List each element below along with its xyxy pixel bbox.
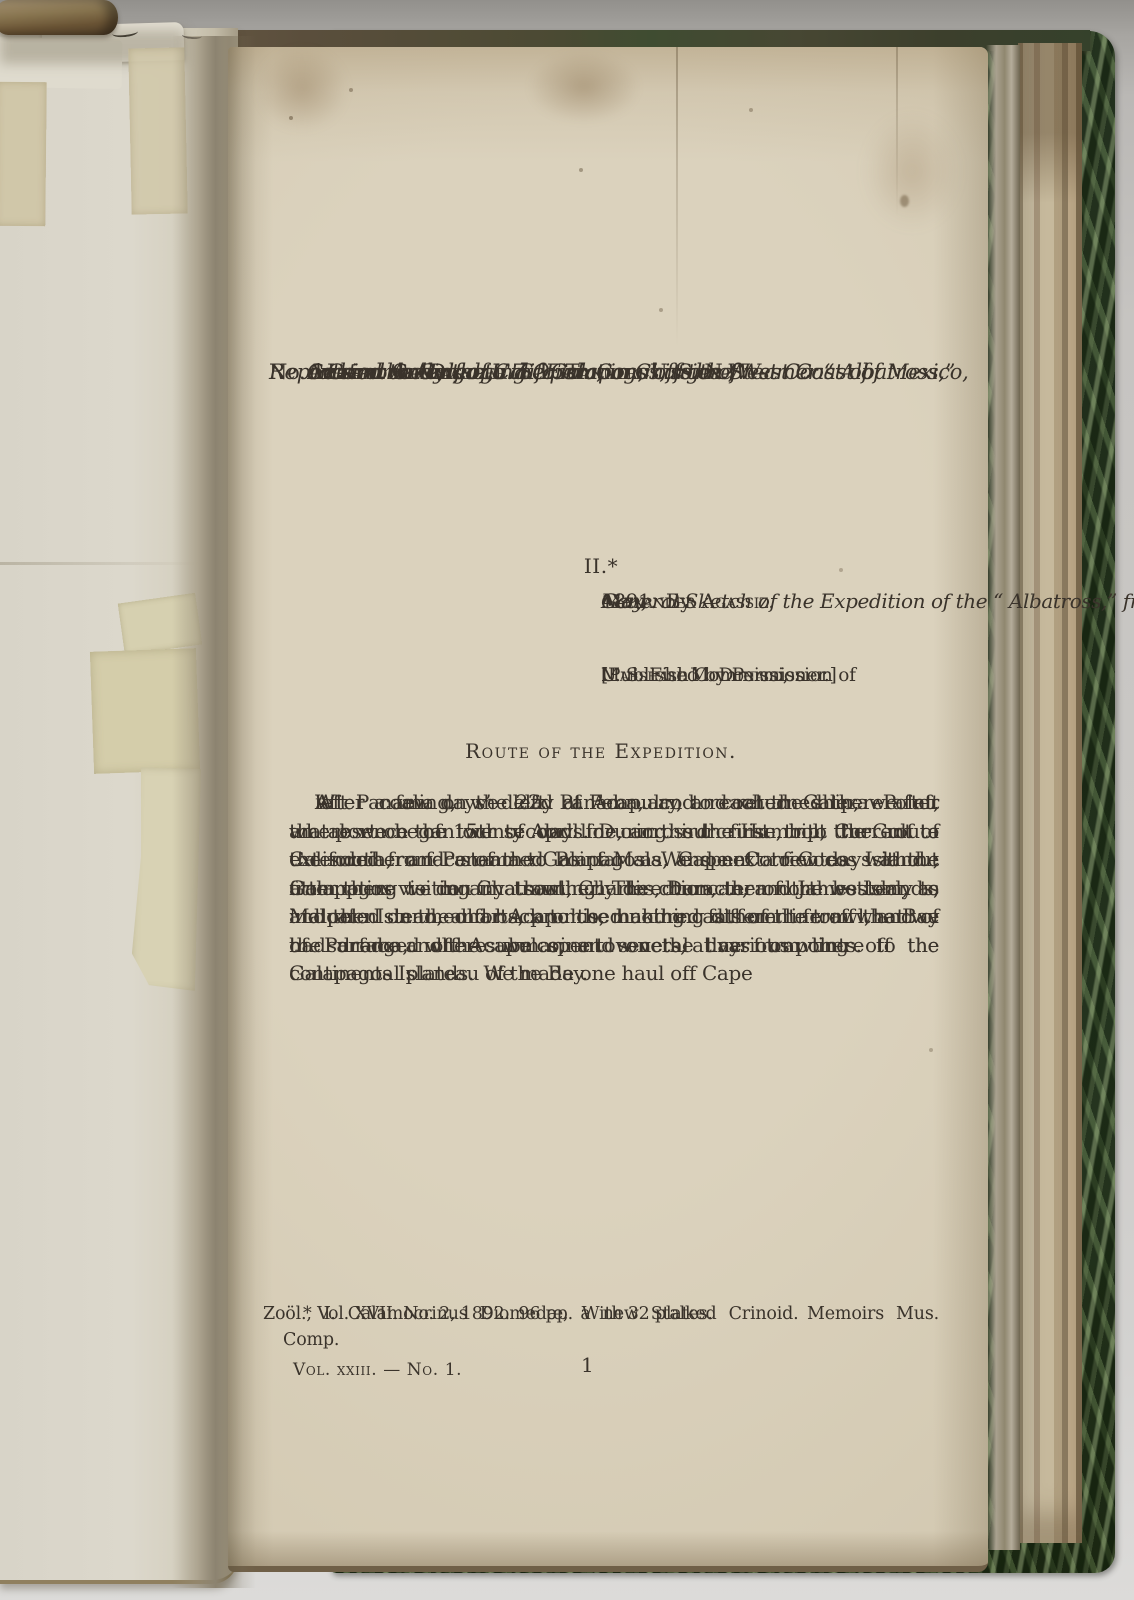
text-segment: Commanding. xyxy=(327,356,472,388)
tape-repair xyxy=(0,82,47,227)
rolled-spine-fragment xyxy=(0,0,118,35)
section-heading: Route of the Expedition. xyxy=(263,737,939,765)
text-segment: Zoöl., Vol. XVII. No. 2, 1892. 96 pp. Wi… xyxy=(263,1301,713,1327)
footer-volume-label: Vol. xxiii. — No. 1. xyxy=(293,1358,462,1382)
page-number: 1 xyxy=(581,1353,594,1377)
gutter-shadow xyxy=(172,36,256,1588)
text-segment: After a few days’ delay at Acapulco to c… xyxy=(289,788,939,988)
book-photograph: No. 1. — Reports on the Dredging Operati… xyxy=(0,0,1134,1600)
page-block-fore-edge xyxy=(1018,43,1082,1543)
paper-crease xyxy=(0,562,200,565)
section-number: II.* xyxy=(263,552,939,580)
page-text: No. 1. — Reports on the Dredging Operati… xyxy=(263,0,939,1600)
page-edge-ridge xyxy=(986,45,1020,1550)
text-segment: Alexander Agassiz. xyxy=(601,585,774,617)
text-segment: U. S. Fish Commissioner.] xyxy=(601,662,837,690)
